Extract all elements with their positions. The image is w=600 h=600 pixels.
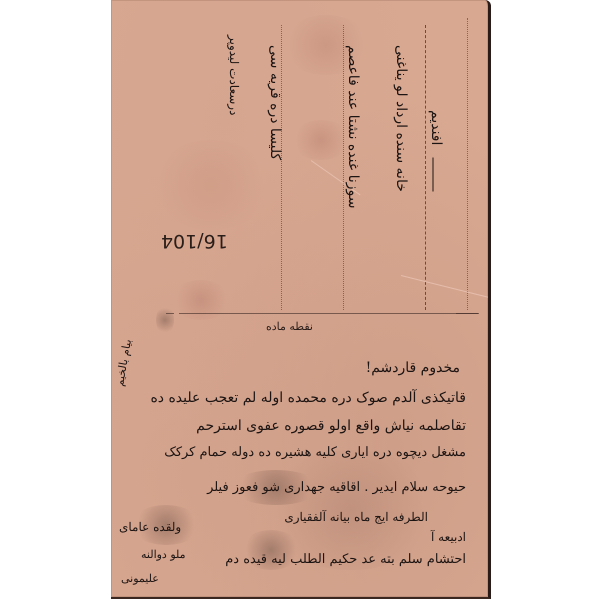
paper-stain [291, 120, 351, 160]
signature-flourish [433, 158, 434, 192]
message-line: تقاصلمه نیاش واقع اولو قصوره عفوی استرحم [196, 418, 466, 434]
sender-note: درسعادت لیدوپر [227, 35, 241, 115]
paper-stain [171, 280, 231, 320]
message-line: مشغل دیچوه دره ایاری کلیه هشیره ده دوله … [164, 445, 466, 460]
message-salutation: مخدوم قاردشم! [366, 360, 460, 376]
printed-label: نقطه ماده [266, 320, 313, 333]
postcard: درسعادت لیدوپر کلیسا دره قریه سی سوزنا غ… [111, 0, 491, 599]
margin-note: علیمونی [121, 572, 159, 585]
ink-smudge [131, 505, 201, 545]
ink-smudge [241, 530, 301, 570]
margin-note: ملو دوالنه [141, 548, 186, 561]
address-rule-line [425, 25, 426, 310]
paper-crease [401, 275, 489, 298]
address-rule-line [467, 18, 468, 310]
margin-note: بیام بالخیم [113, 338, 134, 387]
message-line: قاتیکذی آلدم صوک دره محمده اوله لم تعجب … [150, 390, 466, 406]
paper-stain [151, 140, 271, 230]
address-line-1: کلیسا دره قریه سی [267, 45, 283, 160]
section-divider-tick [456, 313, 478, 314]
ink-smudge [231, 470, 321, 505]
section-divider [179, 313, 479, 314]
address-signature: افندیم [428, 110, 444, 145]
address-line-2: سوزنا غنده نشتا عند فاعصم [345, 45, 361, 209]
ink-smudge [156, 305, 174, 335]
scan-canvas: درسعادت لیدوپر کلیسا دره قریه سی سوزنا غ… [0, 0, 600, 600]
address-rule-line [343, 25, 344, 310]
archive-annotation: 16/104 [161, 230, 228, 252]
address-line-3: خانه سنده ارداد لو یناغنی [393, 45, 409, 192]
message-line: ادبیعه آ [431, 530, 466, 544]
message-line: الطرفه ایج ماه بیانه آلفقیاری [284, 510, 428, 524]
